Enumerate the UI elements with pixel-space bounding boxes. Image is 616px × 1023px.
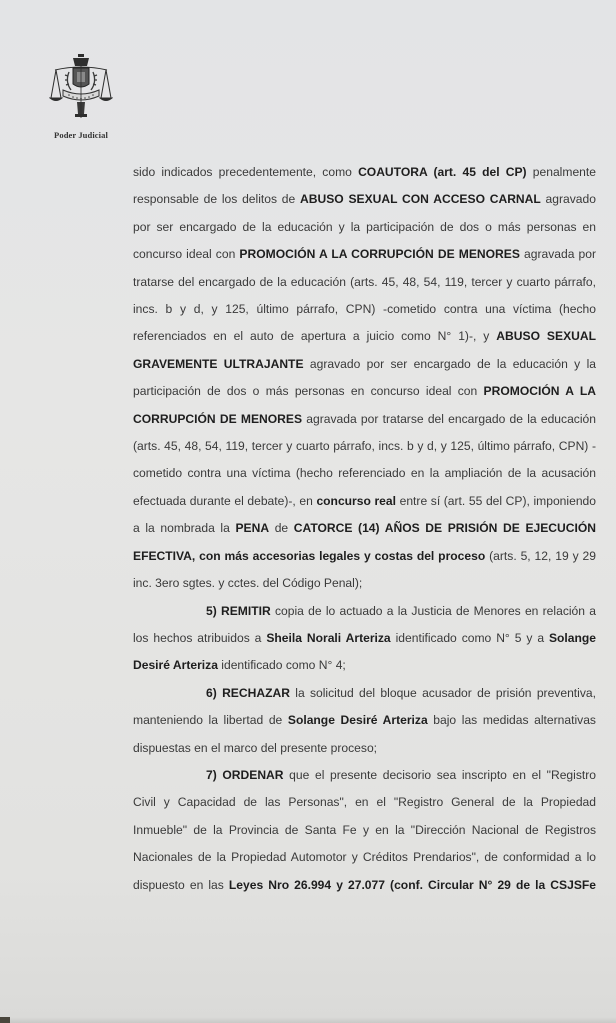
paragraph-item-6-rechazar: 6) RECHAZAR la solicitud del bloque acus… (133, 680, 596, 762)
letterhead: Poder Judicial (36, 52, 126, 140)
bold-text-segment: 5) REMITIR (206, 604, 271, 618)
text-segment: identificado como N° 4; (218, 658, 346, 672)
text-segment: que el presente decisorio sea inscripto … (133, 768, 596, 892)
bold-text-segment: concurso real (316, 494, 396, 508)
paragraph-coautora-sentence: sido indicados precedentemente, como COA… (133, 159, 596, 598)
text-segment: sido indicados precedentemente, como (133, 165, 358, 179)
bold-text-segment: PENA (235, 521, 269, 535)
bold-text-segment: 7) ORDENAR (206, 768, 284, 782)
page-bottom-edge (0, 1017, 616, 1023)
text-segment: identificado como N° 5 y a (391, 631, 549, 645)
bold-text-segment: ABUSO SEXUAL CON ACCESO CARNAL (300, 192, 541, 206)
document-body: sido indicados precedentemente, como COA… (133, 159, 596, 899)
bold-text-segment: Leyes Nro 26.994 y 27.077 (conf. Circula… (229, 878, 596, 892)
paragraph-item-7-ordenar: 7) ORDENAR que el presente decisorio sea… (133, 762, 596, 899)
bold-text-segment: 6) RECHAZAR (206, 686, 290, 700)
paragraph-item-5-remitir: 5) REMITIR copia de lo actuado a la Just… (133, 598, 596, 680)
text-segment: de (269, 521, 294, 535)
bold-text-segment: COAUTORA (art. 45 del CP) (358, 165, 527, 179)
bold-text-segment: Sheila Norali Arteriza (266, 631, 390, 645)
letterhead-label: Poder Judicial (36, 130, 126, 140)
bold-text-segment: PROMOCIÓN A LA CORRUPCIÓN DE MENORES (239, 247, 520, 261)
scales-of-justice-crest-icon (49, 52, 113, 122)
bold-text-segment: Solange Desiré Arteriza (288, 713, 428, 727)
